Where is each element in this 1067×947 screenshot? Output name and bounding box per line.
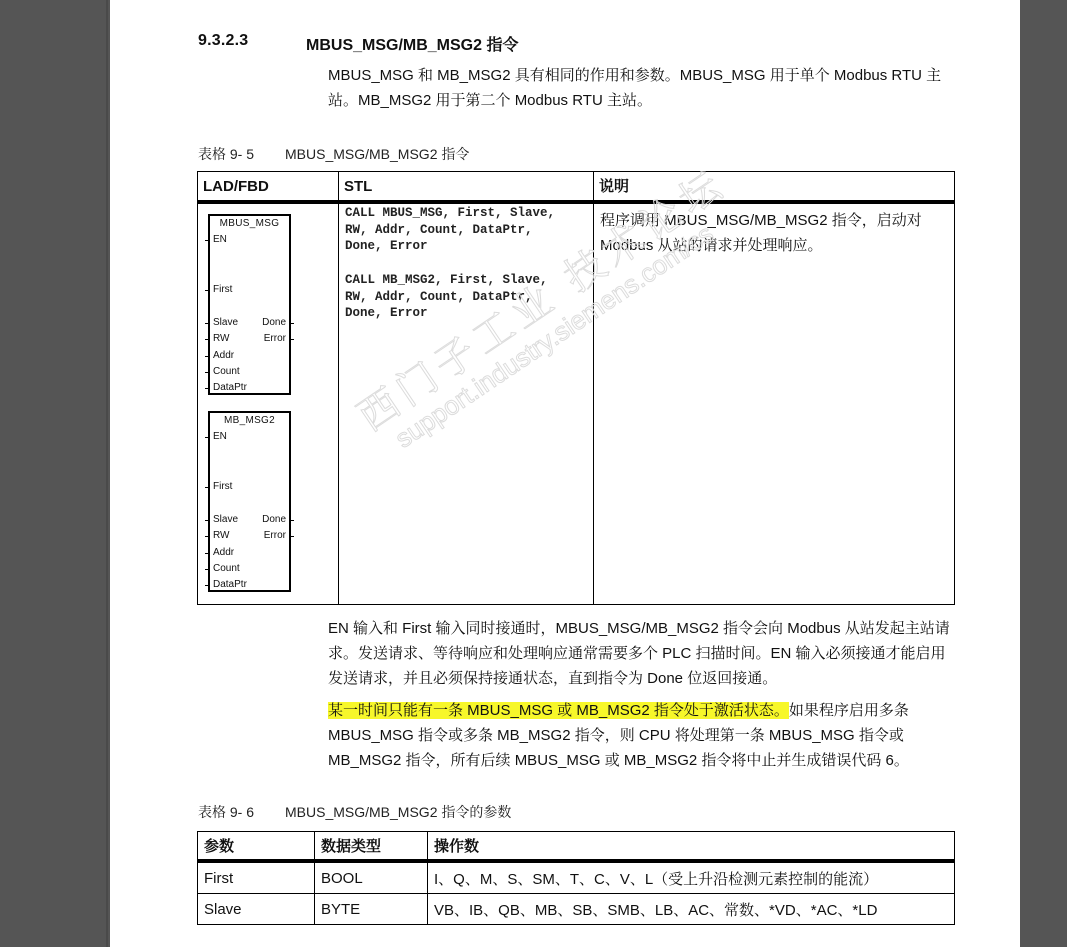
pin-addr: Addr [213,350,234,362]
header-parameter: 参数 [198,832,315,862]
pin-rw: RW [213,333,229,345]
paragraph-active-limit: 某一时间只能有一条 MBUS_MSG 或 MB_MSG2 指令处于激活状态。如果… [328,698,958,773]
pin-rw: RW [213,530,229,542]
table-row: First BOOL I、Q、M、S、SM、T、C、V、L（受上升沿检测元素控制… [198,861,955,894]
lad-block-mb-msg2: MB_MSG2 EN First Slave RW Addr Count Dat… [208,411,291,592]
section-intro: MBUS_MSG 和 MB_MSG2 具有相同的作用和参数。MBUS_MSG 用… [328,63,948,113]
pin-dataptr: DataPtr [213,382,247,394]
column-divider [593,172,594,604]
cell-parameter: First [198,861,315,894]
pin-slave: Slave [213,514,238,526]
instruction-table: LAD/FBD STL 说明 MBUS_MSG EN First Slave R… [197,171,955,605]
column-divider [338,172,339,604]
pin-first: First [213,284,232,296]
pin-error: Error [264,333,286,345]
pin-en: EN [213,234,227,246]
table-row: Slave BYTE VB、IB、QB、MB、SB、SMB、LB、AC、常数、*… [198,894,955,925]
lad-block-mbus-msg: MBUS_MSG EN First Slave RW Addr Count Da… [208,214,291,395]
lad-block-name: MB_MSG2 [210,415,289,426]
pin-done: Done [262,514,286,526]
header-rule [198,200,954,204]
table2-caption-number: 表格 9- 6 [198,802,285,822]
pin-first: First [213,481,232,493]
cell-data-type: BOOL [315,861,428,894]
table2-caption: 表格 9- 6MBUS_MSG/MB_MSG2 指令的参数 [198,802,511,822]
pin-error: Error [264,530,286,542]
cell-operands: I、Q、M、S、SM、T、C、V、L（受上升沿检测元素控制的能流） [428,861,955,894]
cell-parameter: Slave [198,894,315,925]
document-page: 9.3.2.3 MBUS_MSG/MB_MSG2 指令 MBUS_MSG 和 M… [110,0,1020,947]
table1-caption-title: MBUS_MSG/MB_MSG2 指令 [285,146,469,162]
pin-addr: Addr [213,547,234,559]
cell-operands: VB、IB、QB、MB、SB、SMB、LB、AC、常数、*VD、*AC、*LD [428,894,955,925]
header-lad-fbd: LAD/FBD [198,172,269,200]
pin-slave: Slave [213,317,238,329]
parameter-table: 参数 数据类型 操作数 First BOOL I、Q、M、S、SM、T、C、V、… [197,831,955,925]
section-title: MBUS_MSG/MB_MSG2 指令 [306,32,518,55]
viewer-gutter-left [106,0,108,947]
pin-en: EN [213,431,227,443]
highlighted-text: 某一时间只能有一条 MBUS_MSG 或 MB_MSG2 指令处于激活状态。 [328,702,789,719]
header-operands: 操作数 [428,832,955,862]
section-number: 9.3.2.3 [198,32,248,50]
stl-code: CALL MBUS_MSG, First, Slave, RW, Addr, C… [345,205,555,322]
instruction-description: 程序调用 MBUS_MSG/MB_MSG2 指令，启动对 Modbus 从站的请… [600,208,950,258]
pin-done: Done [262,317,286,329]
table-header-row: 参数 数据类型 操作数 [198,832,955,862]
header-data-type: 数据类型 [315,832,428,862]
table1-caption: 表格 9- 5MBUS_MSG/MB_MSG2 指令 [198,144,469,164]
cell-data-type: BYTE [315,894,428,925]
table1-caption-number: 表格 9- 5 [198,144,285,164]
header-description: 说明 [594,172,629,200]
header-stl: STL [339,172,372,200]
pin-count: Count [213,563,240,575]
table2-caption-title: MBUS_MSG/MB_MSG2 指令的参数 [285,804,511,820]
pin-dataptr: DataPtr [213,579,247,591]
paragraph-en-first: EN 输入和 First 输入同时接通时，MBUS_MSG/MB_MSG2 指令… [328,616,958,691]
lad-block-name: MBUS_MSG [210,218,289,229]
pin-count: Count [213,366,240,378]
